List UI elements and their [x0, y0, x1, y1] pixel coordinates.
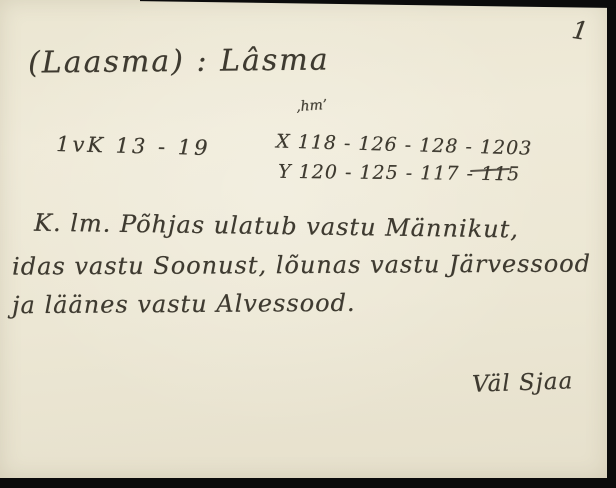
collector-signature: Väl Sjaa: [472, 368, 574, 398]
x-coordinates-line: X 118 - 126 - 128 - 1203: [276, 130, 533, 159]
heading-annotation: ‚hm’: [295, 97, 327, 115]
description-line: K. lm. Põhjas ulatub vastu Männikut,: [34, 209, 519, 244]
description-line: idas vastu Soonust, lõunas vastu Järvess…: [12, 249, 591, 280]
page-number: 1: [570, 15, 590, 46]
index-card: 1 (Laasma) : Lâsma ‚hm’ 1vK 13 - 19 X 11…: [0, 0, 607, 478]
description-line: ja läänes vastu Alvessood.: [12, 289, 356, 319]
place-name-heading: (Laasma) : Lâsma: [28, 42, 330, 80]
scanned-card-image: 1 (Laasma) : Lâsma ‚hm’ 1vK 13 - 19 X 11…: [0, 0, 616, 488]
map-reference-code: 1vK 13 - 19: [56, 132, 211, 160]
y-coordinates-line: Y 120 - 125 - 117 - 115: [278, 161, 520, 186]
